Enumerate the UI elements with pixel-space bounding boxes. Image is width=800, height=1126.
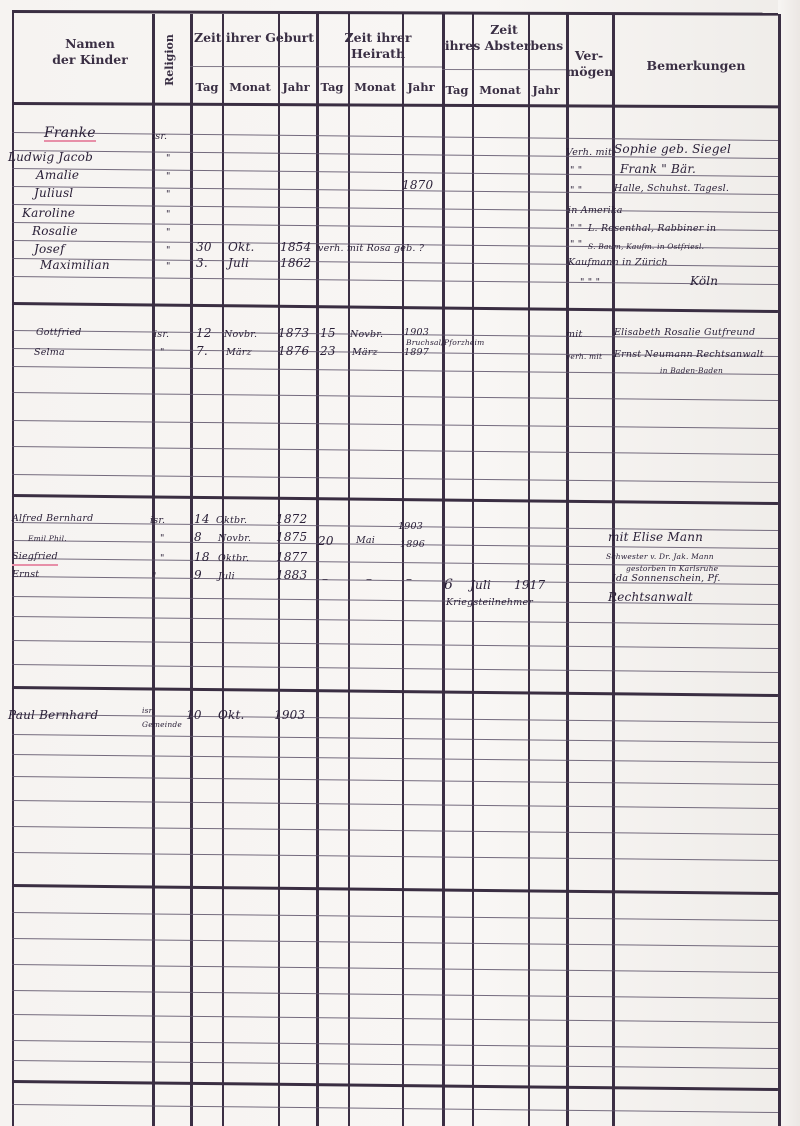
remark: Frank " Bär. (620, 162, 696, 176)
grid-line (12, 938, 778, 947)
child-name: Karoline (22, 206, 75, 220)
remark: Elisabeth Rosalie Gutfreund (614, 326, 755, 340)
header-birth-tag: Tag (192, 79, 222, 95)
remark: Rechtsanwalt (608, 590, 693, 604)
grid-line (316, 14, 319, 1126)
remark: Köln (690, 274, 718, 288)
birth-month: Novbr. (218, 532, 251, 546)
grid-line (12, 1040, 778, 1049)
birth-month: Juli (228, 256, 249, 270)
marriage-year: 1896 (400, 538, 425, 552)
religion: " (166, 170, 171, 184)
child-name: Juliusl (34, 186, 73, 200)
remark: L. Rosenthal, Rabbiner in (588, 222, 716, 236)
remark: Halle, Schuhst. Tagesl. (614, 182, 729, 196)
grid-line (12, 754, 778, 763)
header-names-line1: Namen (30, 36, 150, 52)
grid-line (12, 800, 778, 809)
remark: Ernst Neumann Rechtsanwalt (614, 348, 764, 362)
birth-day: 10 (186, 708, 202, 722)
remark: in Baden-Baden (660, 364, 723, 378)
assets-note: " " (570, 184, 582, 198)
marriage-month: Novbr. (350, 328, 383, 342)
birth-year: 1875 (276, 530, 307, 544)
grid-line (12, 494, 778, 505)
marriage-month: Mai (356, 534, 375, 548)
grid-line (12, 446, 778, 455)
grid-line (12, 10, 778, 16)
grid-line (190, 66, 442, 67)
birth-day: 12 (196, 326, 212, 340)
religion: " (160, 532, 165, 546)
birth-month: März (226, 346, 252, 360)
header-birth-jahr: Jahr (278, 79, 314, 95)
death-note: Kriegsteilnehmer (446, 596, 533, 610)
assets-note: verh. mit (566, 350, 602, 364)
grid-line (12, 852, 778, 861)
child-name: Rosalie (32, 224, 78, 238)
header-remarks: Bemerkungen (612, 58, 780, 74)
grid-line (12, 276, 778, 285)
marriage-day: – (322, 572, 328, 586)
marriage-year: – (406, 572, 412, 586)
child-name: Ernst (12, 568, 39, 582)
birth-year: 1862 (280, 256, 311, 270)
marriage-day: 20 (318, 534, 334, 548)
birth-month: Okt. (228, 240, 255, 254)
header-death-tag: Tag (442, 82, 472, 98)
birth-year: 1872 (276, 512, 307, 526)
birth-month: Oktbr. (216, 514, 247, 528)
assets-note: Verh. mit (566, 146, 612, 160)
grid-line (12, 734, 778, 743)
death-year: 1917 (514, 578, 545, 592)
grid-line (12, 640, 778, 649)
header-religion: Religion (162, 30, 178, 90)
marriage-day: 23 (320, 344, 336, 358)
header-birth: Zeit ihrer Geburt (192, 30, 316, 46)
religion: " (166, 208, 171, 222)
header-marriage-jahr: Jahr (402, 79, 440, 95)
child-name: Josef (34, 242, 65, 256)
header-death-line1: Zeit (442, 22, 566, 38)
remark: Ida Sonnenschein, Pf. (612, 572, 721, 586)
grid-line (12, 664, 778, 673)
grid-line (12, 1104, 778, 1113)
child-name: Amalie (36, 168, 79, 182)
religion: " (160, 346, 165, 360)
grid-line (612, 14, 615, 1126)
remark: Kaufmann in Zürich (568, 256, 668, 270)
child-name: Siegfried (12, 550, 58, 566)
religion: " (160, 552, 165, 566)
death-month: Juli (470, 578, 491, 592)
child-name: Maximilian (40, 258, 110, 272)
grid-line (442, 69, 566, 70)
header-assets: Ver- mögen (566, 48, 612, 80)
header-names: Namen der Kinder (30, 36, 150, 68)
grid-line (778, 14, 781, 1126)
birth-month: Oktbr. (218, 552, 249, 566)
grid-line (566, 14, 569, 1126)
birth-day: 9 (194, 568, 202, 582)
grid-line (12, 1014, 778, 1023)
child-name: Gottfried (36, 326, 82, 340)
grid-line (528, 14, 530, 1126)
grid-line (12, 302, 778, 313)
grid-line (348, 14, 350, 1126)
header-death-jahr: Jahr (528, 82, 564, 98)
marriage-month: – (366, 572, 372, 586)
grid-line (12, 964, 778, 973)
birth-year: 1877 (276, 550, 307, 564)
child-name: Ludwig Jacob (8, 150, 93, 164)
header-birth-monat: Monat (222, 79, 278, 95)
grid-line (12, 204, 778, 213)
header-marriage: Zeit ihrer Heirath (316, 30, 440, 62)
birth-year: 1876 (278, 344, 309, 358)
religion: isr. Gemeinde (142, 704, 180, 732)
grid-line (442, 14, 445, 1126)
birth-month: Juli (218, 570, 235, 584)
grid-line (12, 776, 778, 785)
marriage-year: 1903 (398, 520, 423, 534)
child-name: Emil Phil. (28, 532, 67, 546)
birth-day: 7. (196, 344, 208, 358)
birth-day: 14 (194, 512, 210, 526)
birth-month: Okt. (218, 708, 245, 722)
religion: isr. (152, 130, 167, 144)
religion: " (166, 188, 171, 202)
birth-year: 1903 (274, 708, 305, 722)
grid-line (12, 616, 778, 625)
header-names-line2: der Kinder (30, 52, 150, 68)
grid-line (12, 102, 778, 108)
grid-line (12, 392, 778, 401)
grid-line (12, 884, 778, 895)
remark: mit Elise Mann (608, 530, 703, 544)
grid-line (190, 14, 193, 1126)
header-assets-line2: mögen (566, 64, 612, 80)
religion: " (166, 260, 171, 274)
header-assets-line1: Ver- (566, 48, 612, 64)
child-name: Franke (44, 126, 96, 142)
assets-note: " " (570, 238, 582, 252)
religion: " (166, 226, 171, 240)
grid-line (12, 912, 778, 921)
marriage-note: Bruchsal/Pforzheim (406, 336, 484, 350)
remark: Sophie geb. Siegel (614, 142, 731, 156)
religion: " (166, 244, 171, 258)
birth-year: 1883 (276, 568, 307, 582)
marriage-year: 1870 (402, 178, 433, 192)
birth-day: 18 (194, 550, 210, 564)
grid-line (12, 1060, 778, 1069)
birth-year: 1873 (278, 326, 309, 340)
birth-day: 3. (196, 256, 208, 270)
grid-line (12, 474, 778, 483)
child-name: Alfred Bernhard (12, 512, 93, 526)
grid-line (12, 826, 778, 835)
remark: in Amerika (568, 204, 623, 218)
grid-line (12, 1080, 778, 1091)
header-death-line2: ihres Absterbens (442, 38, 566, 54)
header-marriage-monat: Monat (348, 79, 402, 95)
death-day: 6 (444, 578, 453, 592)
religion: " (152, 570, 157, 584)
grid-line (12, 990, 778, 999)
marriage-note: verh. mit Rosa geb. ? (318, 242, 424, 256)
remark: S. Baum, Kaufm. in Ostfriesl. (588, 240, 704, 254)
grid-line (12, 420, 778, 429)
child-name: Selma (34, 346, 65, 360)
birth-month: Novbr. (224, 328, 257, 342)
grid-line (472, 14, 474, 1126)
religion: isr. (154, 328, 169, 342)
birth-day: 30 (196, 240, 212, 254)
child-name: Paul Bernhard (8, 708, 98, 722)
religion: isr. (150, 514, 165, 528)
grid-line (12, 714, 778, 723)
marriage-month: März (352, 346, 378, 360)
header-death-monat: Monat (472, 82, 528, 98)
religion: " (166, 152, 171, 166)
assets-note: " " " (580, 276, 600, 290)
assets-note: " " (570, 222, 582, 236)
grid-line (12, 686, 778, 697)
birth-day: 8 (194, 530, 202, 544)
assets-note: " " (570, 164, 582, 178)
birth-year: 1854 (280, 240, 311, 254)
assets-note: mit (566, 328, 582, 342)
marriage-day: 15 (320, 326, 336, 340)
grid-line (12, 132, 778, 141)
header-death: Zeit ihres Absterbens (442, 22, 566, 54)
header-marriage-tag: Tag (316, 79, 348, 95)
